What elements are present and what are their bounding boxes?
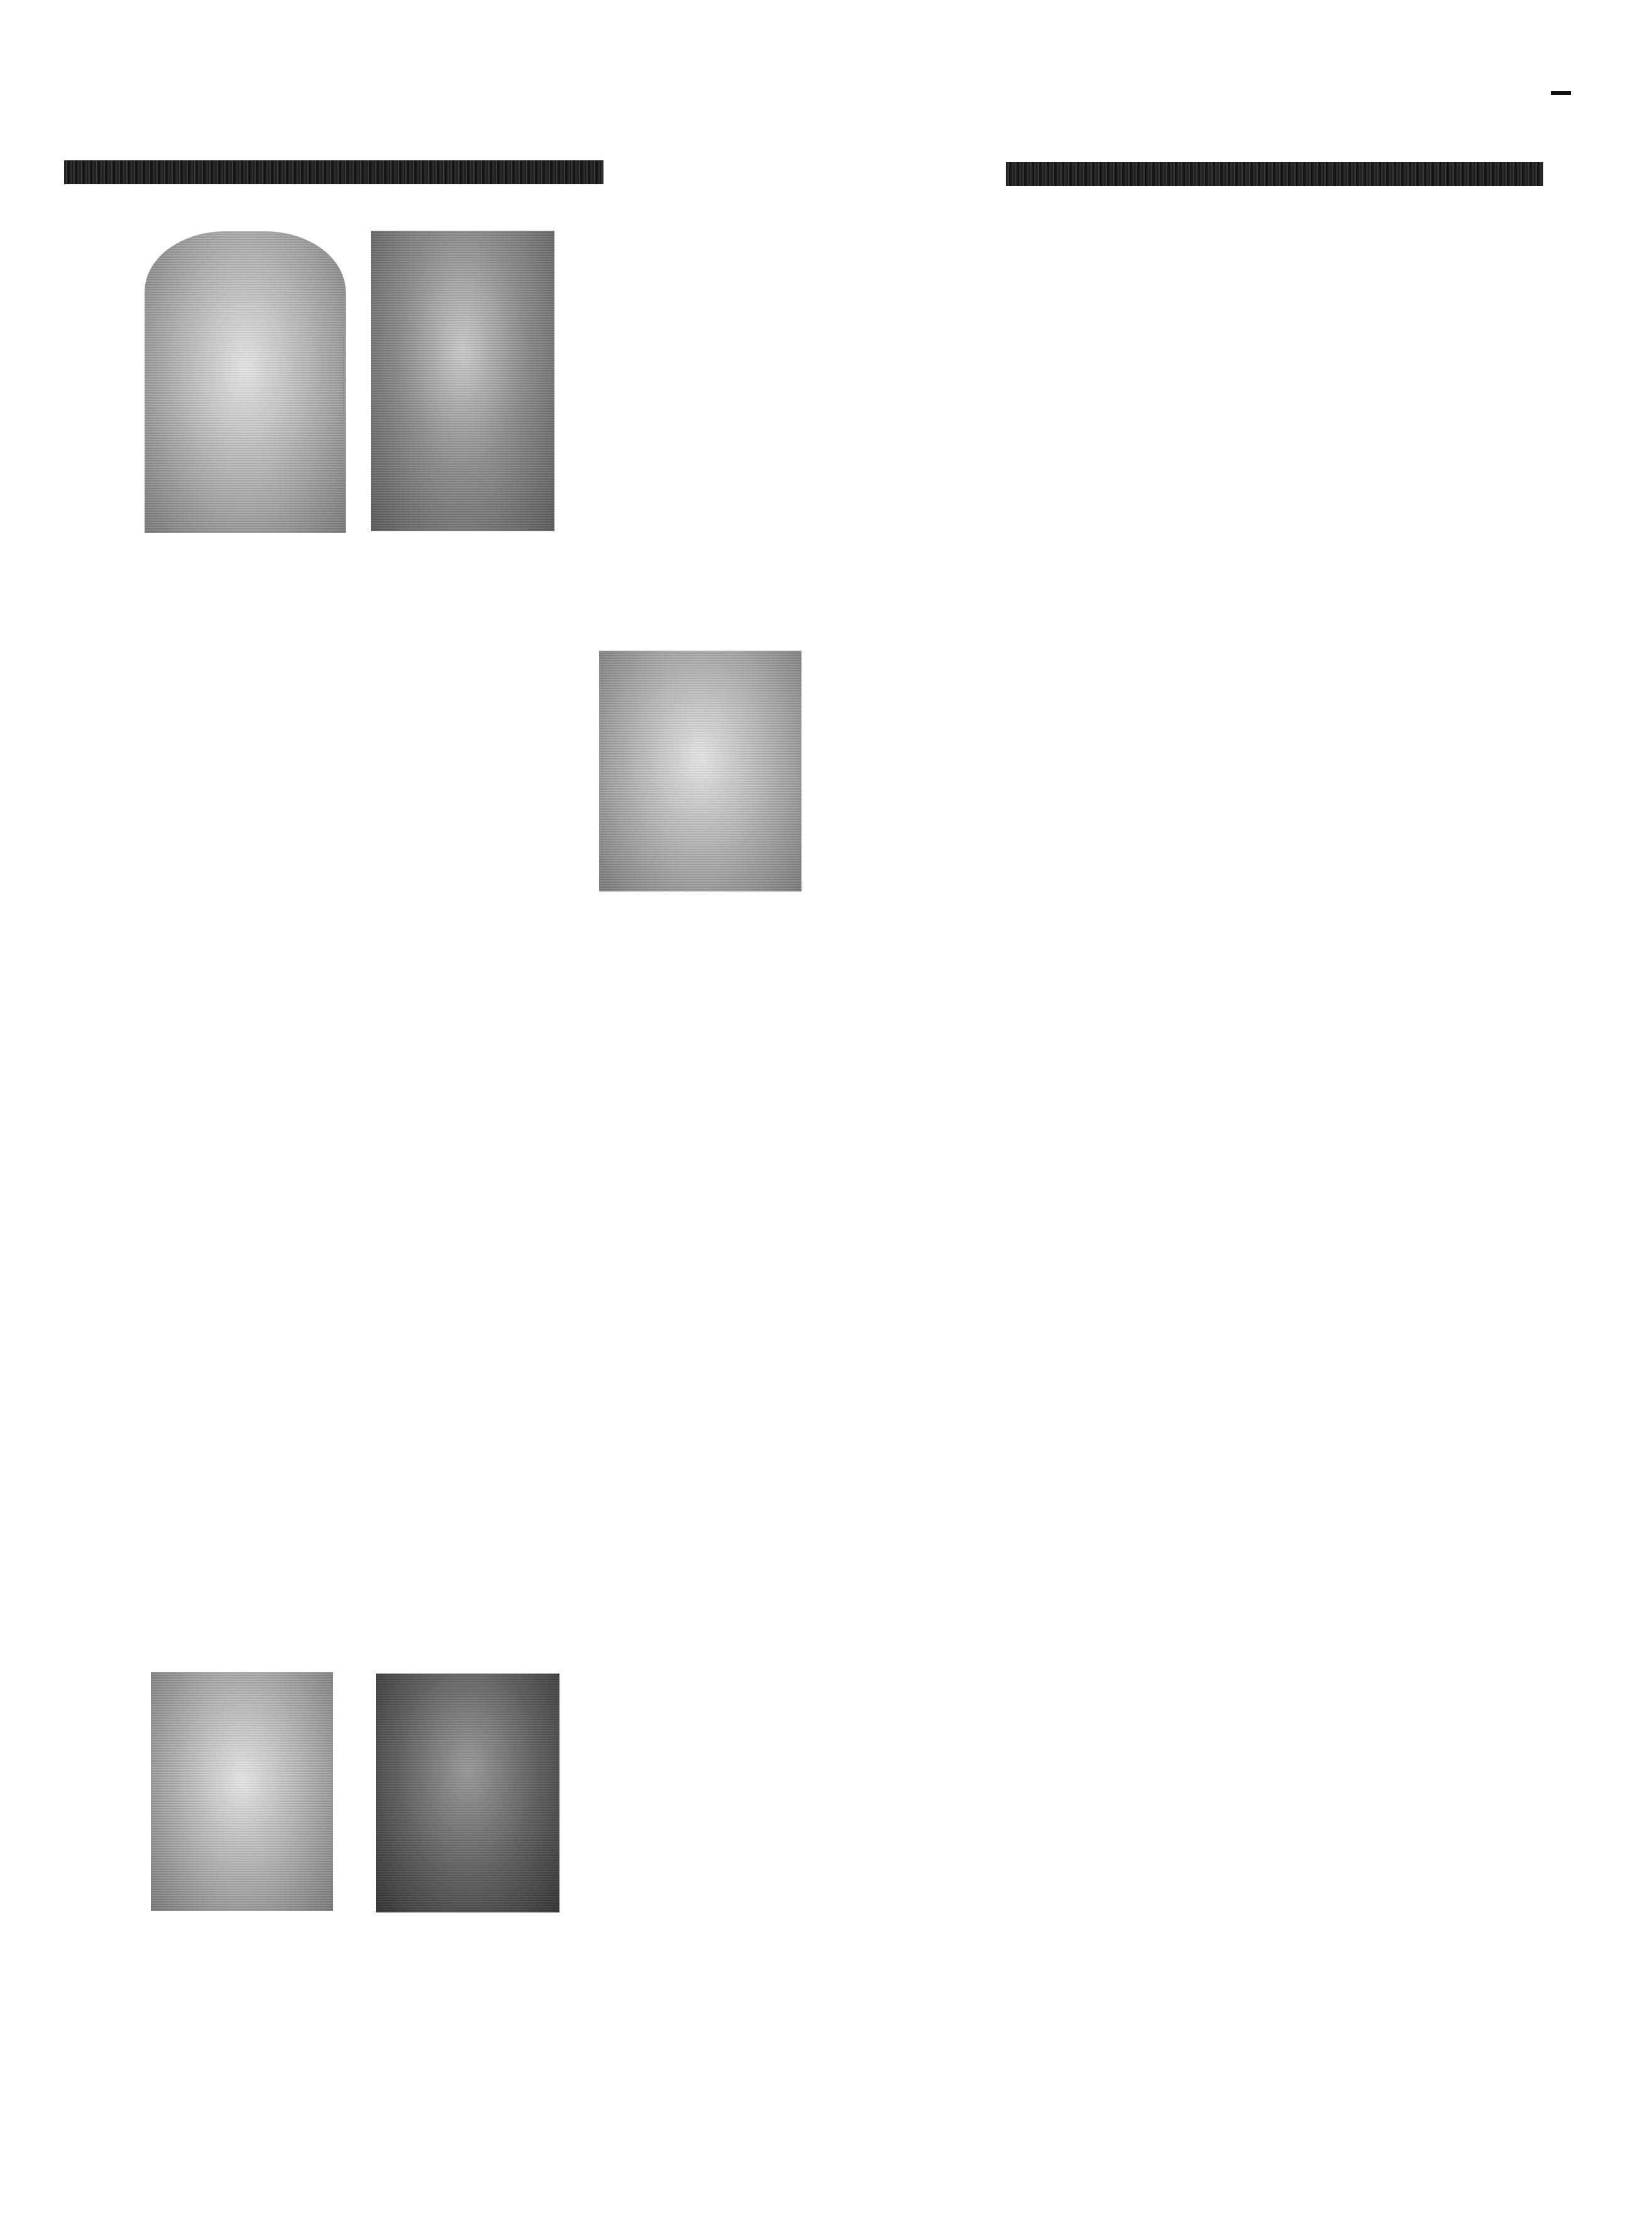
- photo-young-soldier-in-cap: [151, 1672, 333, 1911]
- photo-bearded-man-with-car: [376, 1674, 559, 1912]
- photo-soldier-standing-by-vehicle: [599, 651, 801, 891]
- photo-young-soldier-portrait: [145, 231, 346, 533]
- header-bar-left: [64, 160, 603, 184]
- header-bar-right: [1006, 162, 1543, 186]
- photo-older-man-glasses-portrait: [371, 231, 554, 531]
- column-1-text: [145, 544, 582, 560]
- margin-mark: [1551, 91, 1571, 95]
- column-2-text: [599, 233, 1038, 254]
